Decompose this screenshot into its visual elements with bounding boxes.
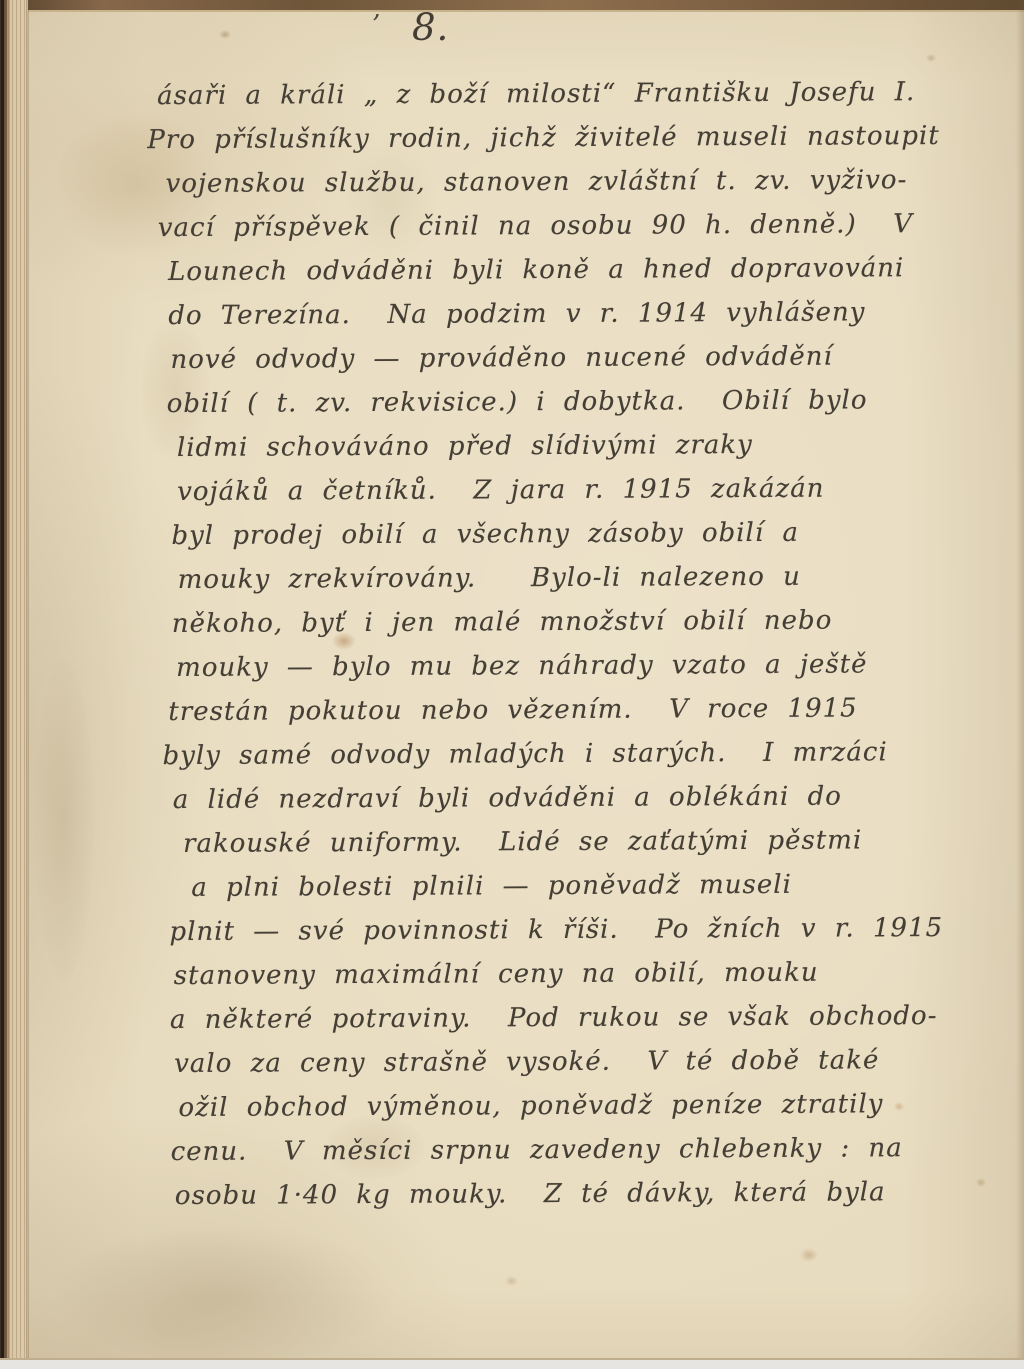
book-top-edge xyxy=(0,0,1024,12)
manuscript-line: a lidé nezdraví byli odváděni a oblékáni… xyxy=(151,774,967,822)
manuscript-line: byly samé odvody mladých i starých. I mr… xyxy=(150,730,966,778)
manuscript-line: Pro příslušníky rodin, jichž živitelé mu… xyxy=(147,114,963,162)
manuscript-line: rakouské uniformy. Lidé se zaťatými pěst… xyxy=(151,818,967,866)
page-number: 8. xyxy=(412,6,449,49)
manuscript-line: vojáků a četníků. Z jara r. 1915 zakázán xyxy=(149,466,965,514)
manuscript-line: mouky — bylo mu bez náhrady vzato a ješt… xyxy=(150,642,966,690)
manuscript-line: obilí ( t. zv. rekvisice.) i dobytka. Ob… xyxy=(149,378,965,426)
manuscript-line: trestán pokutou nebo vězením. V roce 191… xyxy=(150,686,966,734)
manuscript-line: a plni bolesti plnili — poněvadž museli xyxy=(151,862,967,910)
manuscript-line: plnit — své povinnosti k říši. Po žních … xyxy=(151,906,967,954)
manuscript-line: mouky zrekvírovány. Bylo-li nalezeno u xyxy=(150,554,966,602)
manuscript-line: vojenskou službu, stanoven zvláštní t. z… xyxy=(147,158,963,206)
manuscript-line: stanoveny maximální ceny na obilí, mouku xyxy=(152,950,968,998)
manuscript-line: cenu. V měsíci srpnu zavedeny chlebenky … xyxy=(153,1126,969,1174)
manuscript-line: ožil obchod výměnou, poněvadž peníze ztr… xyxy=(152,1082,968,1130)
manuscript-line: do Terezína. Na podzim v r. 1914 vyhláše… xyxy=(148,290,964,338)
manuscript-line: osobu 1·40 kg mouky. Z té dávky, která b… xyxy=(153,1170,969,1218)
manuscript-line: byl prodej obilí a všechny zásoby obilí … xyxy=(149,510,965,558)
pen-mark: ’ xyxy=(372,10,380,40)
manuscript-line: nové odvody — prováděno nucené odvádění xyxy=(148,334,964,382)
manuscript-line: valo za ceny strašně vysoké. V té době t… xyxy=(152,1038,968,1086)
manuscript-line: vací příspěvek ( činil na osobu 90 h. de… xyxy=(148,202,964,250)
manuscript-line: někoho, byť i jen malé množství obilí ne… xyxy=(150,598,966,646)
manuscript-line: ásaři a králi „ z boží milosti“ Františk… xyxy=(147,70,963,118)
manuscript-line: Lounech odváděni byli koně a hned doprav… xyxy=(148,246,964,294)
page-bottom-edge xyxy=(0,1358,1024,1369)
manuscript-line: lidmi schováváno před slídivými zraky xyxy=(149,422,965,470)
manuscript-line: a některé potraviny. Pod rukou se však o… xyxy=(152,994,968,1042)
page-right-edge xyxy=(1016,0,1024,1369)
scanned-manuscript-page: ’ 8. ásaři a králi „ z boží milosti“ Fra… xyxy=(0,0,1024,1369)
manuscript-text: ásaři a králi „ z boží milosti“ Františk… xyxy=(147,70,969,1218)
book-binding-edge xyxy=(0,0,30,1369)
